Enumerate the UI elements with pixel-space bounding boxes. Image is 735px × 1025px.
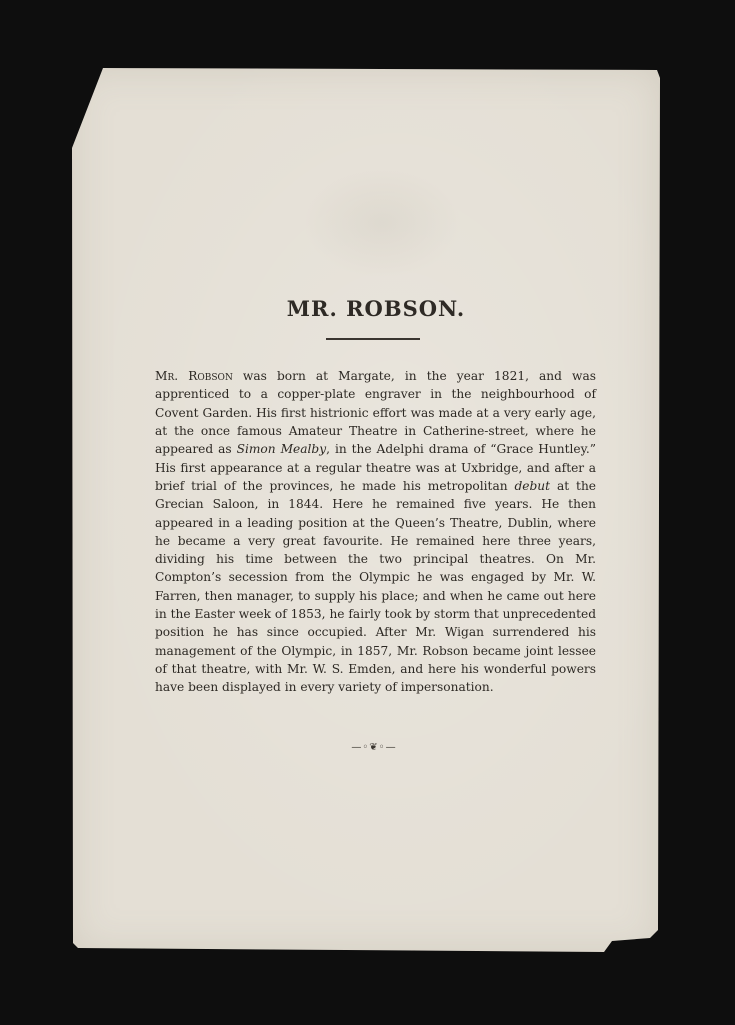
debut-term: debut — [514, 479, 550, 493]
title-divider — [326, 338, 420, 340]
role-name: Simon Mealby — [237, 442, 327, 456]
document-page: MR. ROBSON. Mr. Robson was born at Marga… — [72, 68, 660, 952]
biography-paragraph: Mr. Robson was born at Margate, in the y… — [155, 367, 596, 696]
scan-background: MR. ROBSON. Mr. Robson was born at Marga… — [0, 0, 735, 1025]
show-through-portrait — [302, 168, 462, 278]
paragraph-text-3: at the Grecian Saloon, in 1844. Here he … — [155, 479, 596, 694]
page-title: MR. ROBSON. — [72, 296, 660, 321]
paragraph-lead: Mr. Robson — [155, 369, 233, 383]
fleuron-ornament-icon: —◦❦◦— — [344, 742, 404, 753]
